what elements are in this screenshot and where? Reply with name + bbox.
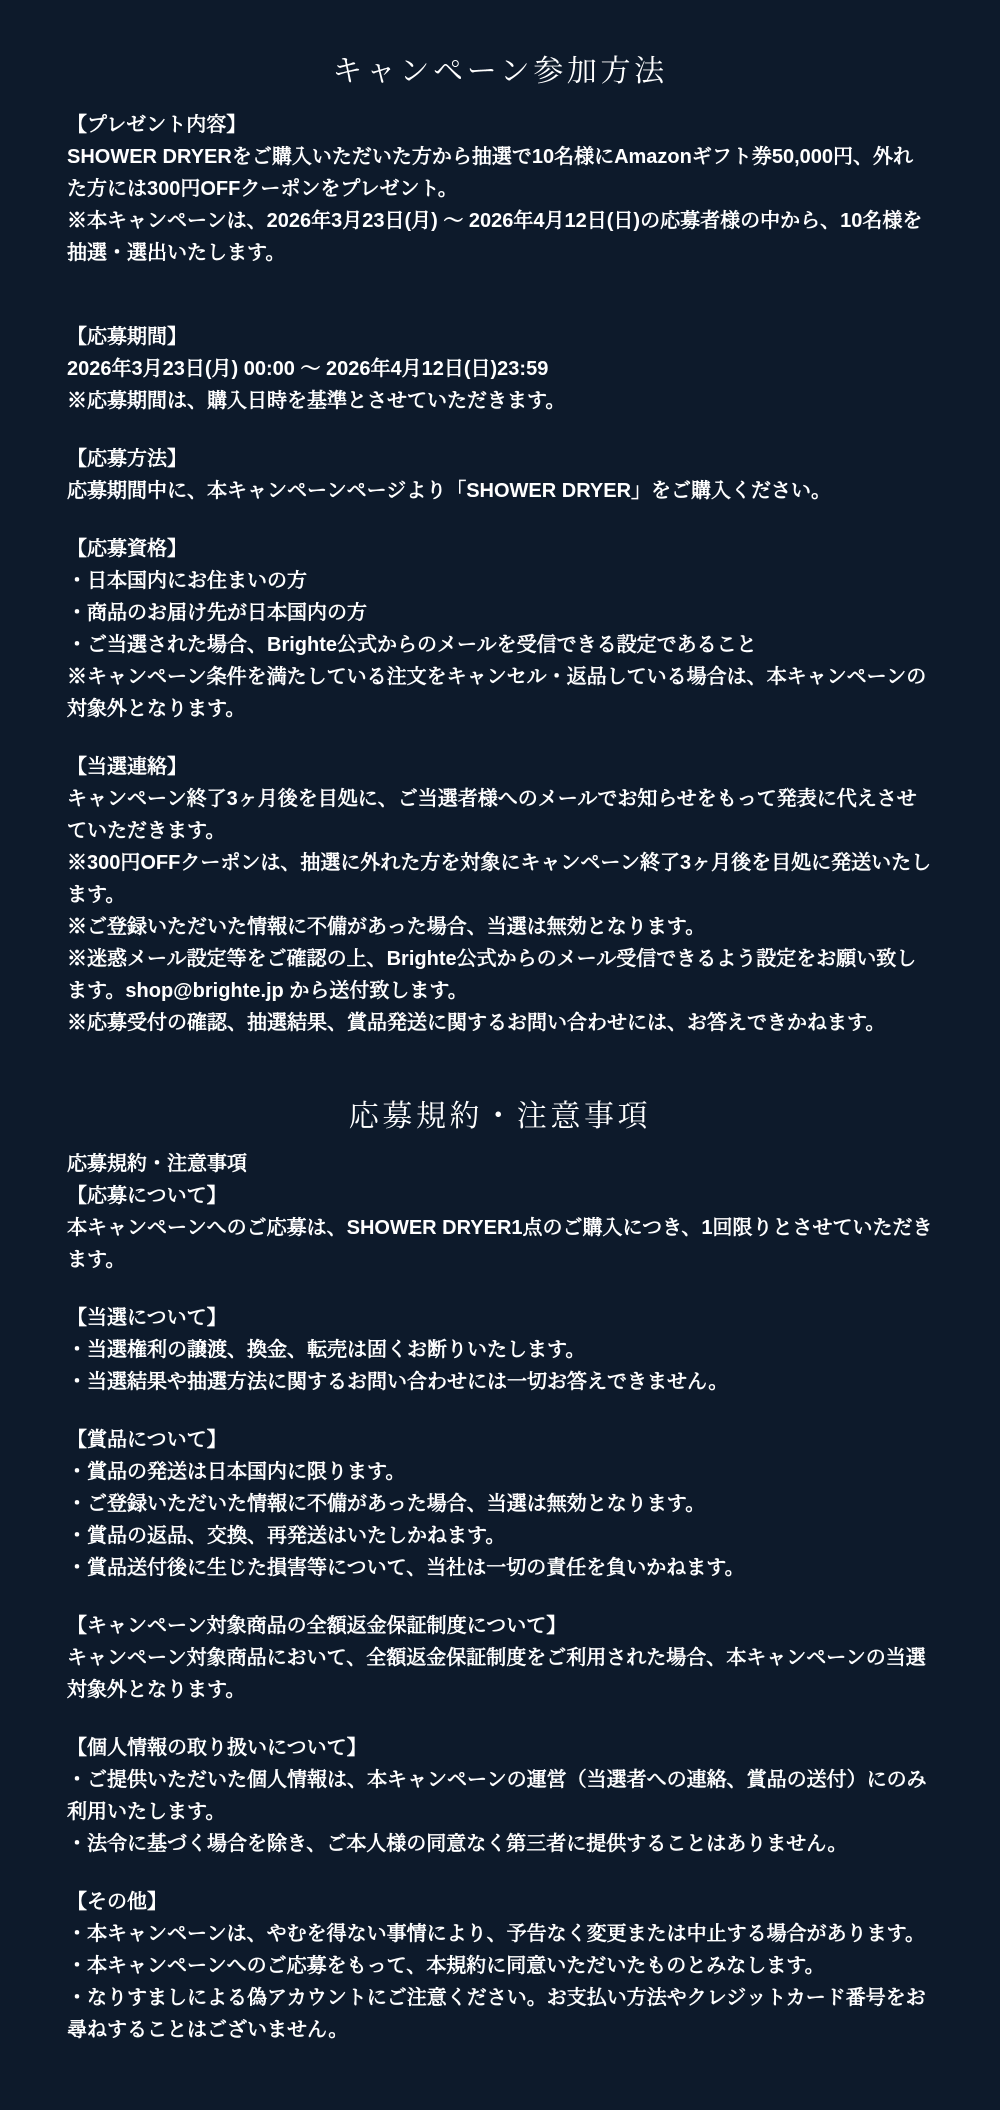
campaign-content: キャンペーン参加方法 【プレゼント内容】 SHOWER DRYERをご購入いただ… — [67, 50, 933, 2046]
section-heading: 【プレゼント内容】 — [67, 109, 933, 141]
section-heading: 【賞品について】 — [67, 1424, 933, 1456]
paragraph: 応募期間中に、本キャンペーンページより「SHOWER DRYER」をご購入くださ… — [67, 475, 933, 507]
bullet-item: ・ご提供いただいた個人情報は、本キャンペーンの運営（当選者への連絡、賞品の送付）… — [67, 1764, 933, 1828]
campaign-page: キャンペーン参加方法 【プレゼント内容】 SHOWER DRYERをご購入いただ… — [0, 0, 1000, 2110]
section-entry-method: 【応募方法】 応募期間中に、本キャンペーンページより「SHOWER DRYER」… — [67, 443, 933, 507]
paragraph: キャンペーン対象商品において、全額返金保証制度をご利用された場合、本キャンペーン… — [67, 1642, 933, 1706]
bullet-item: ・ご登録いただいた情報に不備があった場合、当選は無効となります。 — [67, 1488, 933, 1520]
note-item: ※迷惑メール設定等をご確認の上、Brighte公式からのメール受信できるよう設定… — [67, 943, 933, 1007]
section-entry-period: 【応募期間】 2026年3月23日(月) 00:00 ～ 2026年4月12日(… — [67, 321, 933, 417]
section-heading: 【応募について】 — [67, 1180, 933, 1212]
paragraph: 2026年3月23日(月) 00:00 ～ 2026年4月12日(日)23:59 — [67, 353, 933, 385]
note-item: ※キャンペーン条件を満たしている注文をキャンセル・返品している場合は、本キャンペ… — [67, 661, 933, 725]
section-heading: 【応募期間】 — [67, 321, 933, 353]
note-item: ※300円OFFクーポンは、抽選に外れた方を対象にキャンペーン終了3ヶ月後を目処… — [67, 847, 933, 911]
section-entry-terms: 応募規約・注意事項 【応募について】 本キャンペーンへのご応募は、SHOWER … — [67, 1148, 933, 1276]
section-heading: 【キャンペーン対象商品の全額返金保証制度について】 — [67, 1610, 933, 1642]
bullet-item: ・当選結果や抽選方法に関するお問い合わせには一切お答えできません。 — [67, 1366, 933, 1398]
section-others: 【その他】 ・本キャンペーンは、やむを得ない事情により、予告なく変更または中止す… — [67, 1886, 933, 2046]
section-heading: 【当選連絡】 — [67, 751, 933, 783]
section-about-winning: 【当選について】 ・当選権利の譲渡、換金、転売は固くお断りいたします。 ・当選結… — [67, 1302, 933, 1398]
section-prize-details: 【プレゼント内容】 SHOWER DRYERをご購入いただいた方から抽選で10名… — [67, 109, 933, 269]
section-heading: 【応募資格】 — [67, 533, 933, 565]
bullet-item: ・賞品の発送は日本国内に限ります。 — [67, 1456, 933, 1488]
bullet-item: ・賞品送付後に生じた損害等について、当社は一切の責任を負いかねます。 — [67, 1552, 933, 1584]
bullet-item: ・なりすましによる偽アカウントにご注意ください。お支払い方法やクレジットカード番… — [67, 1982, 933, 2046]
bullet-item: ・賞品の返品、交換、再発送はいたしかねます。 — [67, 1520, 933, 1552]
section-heading: 【当選について】 — [67, 1302, 933, 1334]
section-heading: 【応募方法】 — [67, 443, 933, 475]
bullet-item: ・ご当選された場合、Brighte公式からのメールを受信できる設定であること — [67, 629, 933, 661]
paragraph: ※本キャンペーンは、2026年3月23日(月) ～ 2026年4月12日(日)の… — [67, 205, 933, 269]
bullet-item: ・商品のお届け先が日本国内の方 — [67, 597, 933, 629]
page-title-how-to-participate: キャンペーン参加方法 — [67, 50, 933, 94]
section-winner-notification: 【当選連絡】 キャンペーン終了3ヶ月後を目処に、ご当選者様へのメールでお知らせを… — [67, 751, 933, 1039]
bullet-item: ・本キャンペーンへのご応募をもって、本規約に同意いただいたものとみなします。 — [67, 1950, 933, 1982]
paragraph: キャンペーン終了3ヶ月後を目処に、ご当選者様へのメールでお知らせをもって発表に代… — [67, 783, 933, 847]
section-refund-guarantee: 【キャンペーン対象商品の全額返金保証制度について】 キャンペーン対象商品において… — [67, 1610, 933, 1706]
section-heading: 【個人情報の取り扱いについて】 — [67, 1732, 933, 1764]
note-item: ※応募受付の確認、抽選結果、賞品発送に関するお問い合わせには、お答えできかねます… — [67, 1007, 933, 1039]
page-title-terms: 応募規約・注意事項 — [67, 1095, 933, 1139]
bullet-item: ・当選権利の譲渡、換金、転売は固くお断りいたします。 — [67, 1334, 933, 1366]
bullet-item: ・本キャンペーンは、やむを得ない事情により、予告なく変更または中止する場合があり… — [67, 1918, 933, 1950]
bullet-item: ・法令に基づく場合を除き、ご本人様の同意なく第三者に提供することはありません。 — [67, 1828, 933, 1860]
bullet-item: ・日本国内にお住まいの方 — [67, 565, 933, 597]
terms-intro-line: 応募規約・注意事項 — [67, 1148, 933, 1180]
section-heading: 【その他】 — [67, 1886, 933, 1918]
paragraph: ※応募期間は、購入日時を基準とさせていただきます。 — [67, 385, 933, 417]
section-personal-info: 【個人情報の取り扱いについて】 ・ご提供いただいた個人情報は、本キャンペーンの運… — [67, 1732, 933, 1860]
section-eligibility: 【応募資格】 ・日本国内にお住まいの方 ・商品のお届け先が日本国内の方 ・ご当選… — [67, 533, 933, 725]
note-item: ※ご登録いただいた情報に不備があった場合、当選は無効となります。 — [67, 911, 933, 943]
paragraph: SHOWER DRYERをご購入いただいた方から抽選で10名様にAmazonギフ… — [67, 141, 933, 205]
section-about-prizes: 【賞品について】 ・賞品の発送は日本国内に限ります。 ・ご登録いただいた情報に不… — [67, 1424, 933, 1584]
paragraph: 本キャンペーンへのご応募は、SHOWER DRYER1点のご購入につき、1回限り… — [67, 1212, 933, 1276]
